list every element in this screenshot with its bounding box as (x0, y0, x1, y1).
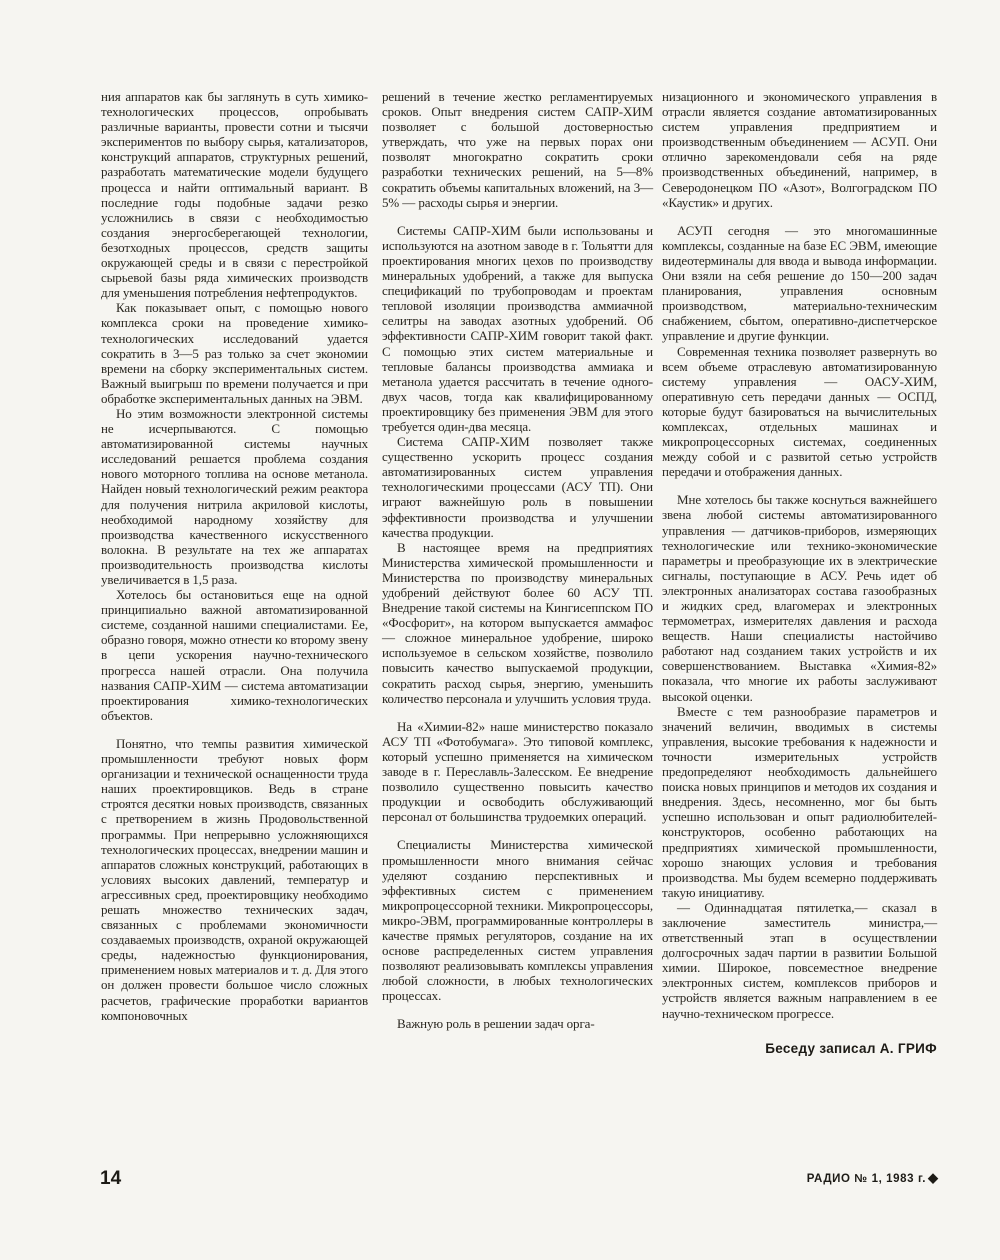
paragraph: Хотелось бы остановиться еще на одной пр… (101, 587, 368, 723)
byline: Беседу записал А. ГРИФ (662, 1041, 937, 1056)
paragraph: ния аппаратов как бы заглянуть в суть хи… (101, 89, 368, 300)
paragraph: — Одиннадцатая пятилетка,— сказал в закл… (662, 900, 937, 1021)
text-column-2: решений в течение жестко регламентируемы… (382, 89, 653, 1032)
paragraph: АСУП сегодня — это многомашинные комплек… (662, 223, 937, 344)
paragraph: Важную роль в решении задач орга- (382, 1016, 653, 1031)
paragraph: Но этим возможности электронной системы … (101, 406, 368, 587)
paragraph: низационного и экономического управления… (662, 89, 937, 210)
paragraph: Понятно, что темпы развития химической п… (101, 736, 368, 1023)
page-footer: 14 РАДИО № 1, 1983 г.◆ (0, 1164, 1000, 1204)
paragraph: Специалисты Министерства химической пром… (382, 837, 653, 1003)
paragraph: Как показывает опыт, с помощью нового ко… (101, 300, 368, 406)
magazine-page: ния аппаратов как бы заглянуть в суть хи… (0, 0, 1000, 1260)
paragraph: В настоящее время на предприятиях Минист… (382, 540, 653, 706)
paragraph: Современная техника позволяет развернуть… (662, 344, 937, 480)
paragraph: Мне хотелось бы также коснуться важнейше… (662, 492, 937, 703)
diamond-icon: ◆ (928, 1170, 938, 1185)
issue-info: РАДИО № 1, 1983 г.◆ (807, 1170, 938, 1186)
paragraph: Вместе с тем разнообразие параметров и з… (662, 704, 937, 900)
paragraph: решений в течение жестко регламентируемы… (382, 89, 653, 210)
text-column-3: низационного и экономического управления… (662, 89, 937, 1056)
paragraph: На «Химии-82» наше министерство показало… (382, 719, 653, 825)
paragraph: Система САПР-ХИМ позволяет также существ… (382, 434, 653, 540)
page-number: 14 (100, 1168, 121, 1190)
paragraph: Системы САПР-ХИМ были использованы и исп… (382, 223, 653, 434)
issue-text: РАДИО № 1, 1983 г. (807, 1173, 926, 1185)
text-column-1: ния аппаратов как бы заглянуть в суть хи… (101, 89, 368, 1023)
